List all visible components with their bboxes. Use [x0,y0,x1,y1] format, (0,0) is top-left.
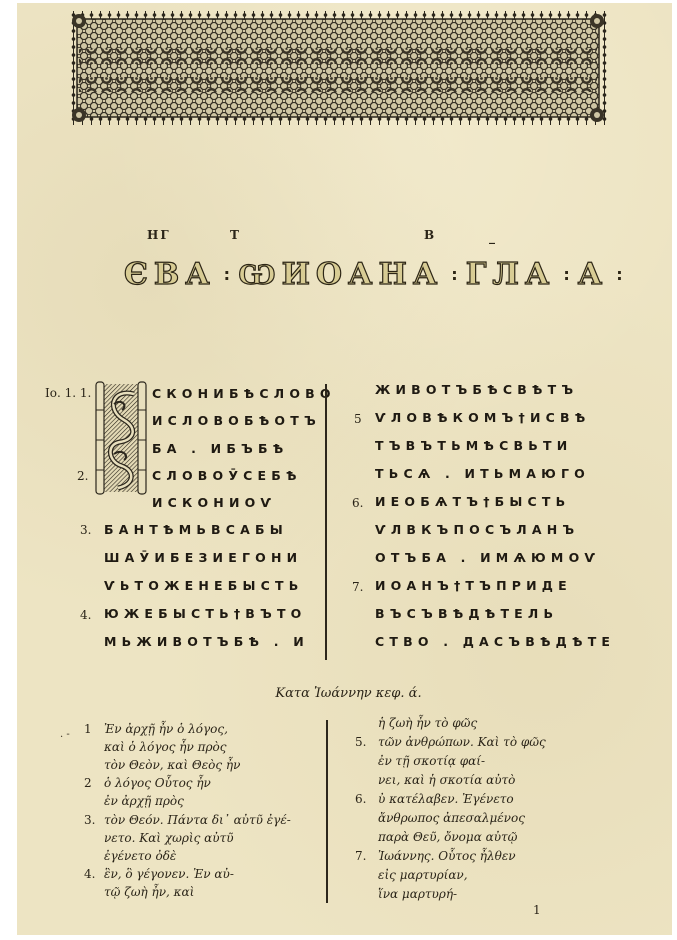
slavonic-line: СЛОВОӮСЕБѢ [152,468,302,483]
slavonic-line: БА . ИБЪБѢ [152,441,288,456]
greek-line: τῷ ζωὴ ἦν, καὶ [104,885,194,899]
verse-number: 3. [80,523,91,537]
greek-line: νετο. Καὶ χωρὶς αὐτῦ [104,831,234,845]
greek-line: ἐν ἀρχῇ πρὸς [104,794,184,808]
greek-line: Ἰωάννης. Οὗτος ἦλθεν [378,849,516,863]
verse-number: 5 [354,412,362,426]
verse-number: 1 [84,722,92,736]
greek-line: ἐγένετο ὀδὲ [104,849,176,863]
greek-line: παρὰ Θεῦ, ὄνομα αὐτῷ [378,830,517,844]
verse-number: 2. [77,469,88,483]
greek-line: ἓν, ὃ γέγονεν. Ἐν αὐ- [104,867,234,881]
slavonic-line: ИСЛОВОБѢОТЪ [152,413,321,428]
superscript-t: Т [230,228,241,242]
superscript-mark: _ [489,230,497,244]
verse-number: 4. [84,867,95,881]
slavonic-line: БАНТѢМЬВСАБЫ [104,522,288,537]
slavonic-line: МЬЖИВОТЪБѢ . И [104,634,309,649]
verse-reference: Ιο. 1. 1. [45,386,91,400]
verse-number: 6. [352,496,363,510]
slavonic-line: ЮЖЕБЫСТЬ†ВЪТО [104,606,307,621]
slavonic-line: ШАӮИБЕЗИЕГОНИ [104,550,302,565]
greek-line: ἄνθρωπος ἀπεσαλμένος [378,811,525,825]
slavonic-line: ЖИВОТЪБѢСВѢТЪ [375,382,578,397]
greek-line: τῶν ἀνθρώπων. Καὶ τὸ φῶς [378,735,546,749]
greek-line: ἡ ζωὴ ἦν τὸ φῶς [378,716,477,730]
greek-line: εἰς μαρτυρίαν, [378,868,468,882]
title-superscripts: НГ Т В _ [0,228,677,248]
slavonic-line: ѴЛОВѢКОМЪ†ИСВѢ [375,410,590,425]
slavonic-line: СТВО . ДАСЪВѢДѢТЕ [375,634,615,649]
greek-line: ὐ κατέλαβεν. Ἐγένετο [378,792,514,806]
title-separator: : [616,265,622,284]
greek-line: Ἐν ἀρχῇ ἦν ὁ λόγος, [104,722,228,736]
slavonic-line: ѴЬТОЖЕНЕБЫСТЬ [104,578,303,593]
interlace-band-ornament [69,11,607,125]
verse-number: 5. [355,735,366,749]
superscript-v: В [424,228,436,242]
title-separator: : [224,265,230,284]
slavonic-line: ИСКОНИОѴ [152,495,276,510]
title-separator: : [563,265,569,284]
verse-number: 6. [355,792,366,806]
verse-number: 3. [84,813,95,827]
slavonic-line: ТЪВЪТЬМѢСВЬТИ [375,438,572,453]
greek-line: καὶ ὁ λόγος ἦν πρὸς [104,740,226,754]
margin-mark: . - [60,729,70,740]
verse-number: 7. [355,849,366,863]
greek-line: ἵνα μαρτυρή- [378,887,457,901]
verse-number: 7. [352,580,363,594]
slavonic-line: ТЬСѦ . ИТЬМАЮГО [375,466,590,481]
title-word-gospel: ЄВА [124,257,216,292]
verse-number: 4. [80,608,91,622]
column-divider [325,384,327,660]
superscript-ng: НГ [147,228,171,242]
column-divider [326,720,328,903]
title-word-john: ѠИОАНА [238,257,443,292]
greek-chapter-heading: Κατα Ἰωάννην κεφ. ά. [0,686,677,701]
slavonic-line: ИЕОБѦТЪ†БЫСТЬ [375,494,570,509]
title-word-number: А [578,257,608,292]
page-number: 1 [533,903,541,917]
slavonic-line: ОТЪБА . ИМѦЮМОѴ [375,550,600,565]
slavonic-line: ИОАНЪ†ТЪПРИДЕ [375,578,572,593]
greek-line: ἐν τῇ σκοτίᾳ φαί- [378,754,485,768]
greek-line: νει, καὶ ἡ σκοτία αὐτὸ [378,773,515,787]
slavonic-line: ВЪСЪВѢДѢТЕЛЬ [375,606,558,621]
greek-line: τὸν Θεόν. Πάντα δι᾽ αὐτῦ ἐγέ- [104,813,291,827]
page-title: ЄВА : ѠИОАНА : ГЛА : А : [124,256,524,292]
title-word-chapter: ГЛА [466,257,556,292]
title-separator: : [451,265,457,284]
greek-line: τὸν Θεὸν, καὶ Θεὸς ἦν [104,758,240,772]
slavonic-line: ѴЛВКЪПОСЪЛАНЪ [375,522,579,537]
decorated-initial-letter [94,380,148,497]
greek-line: ὁ λόγος Οὗτος ἦν [104,776,211,790]
verse-number: 2 [84,776,92,790]
slavonic-line: СКОНИБѢСЛОВО [152,386,336,401]
